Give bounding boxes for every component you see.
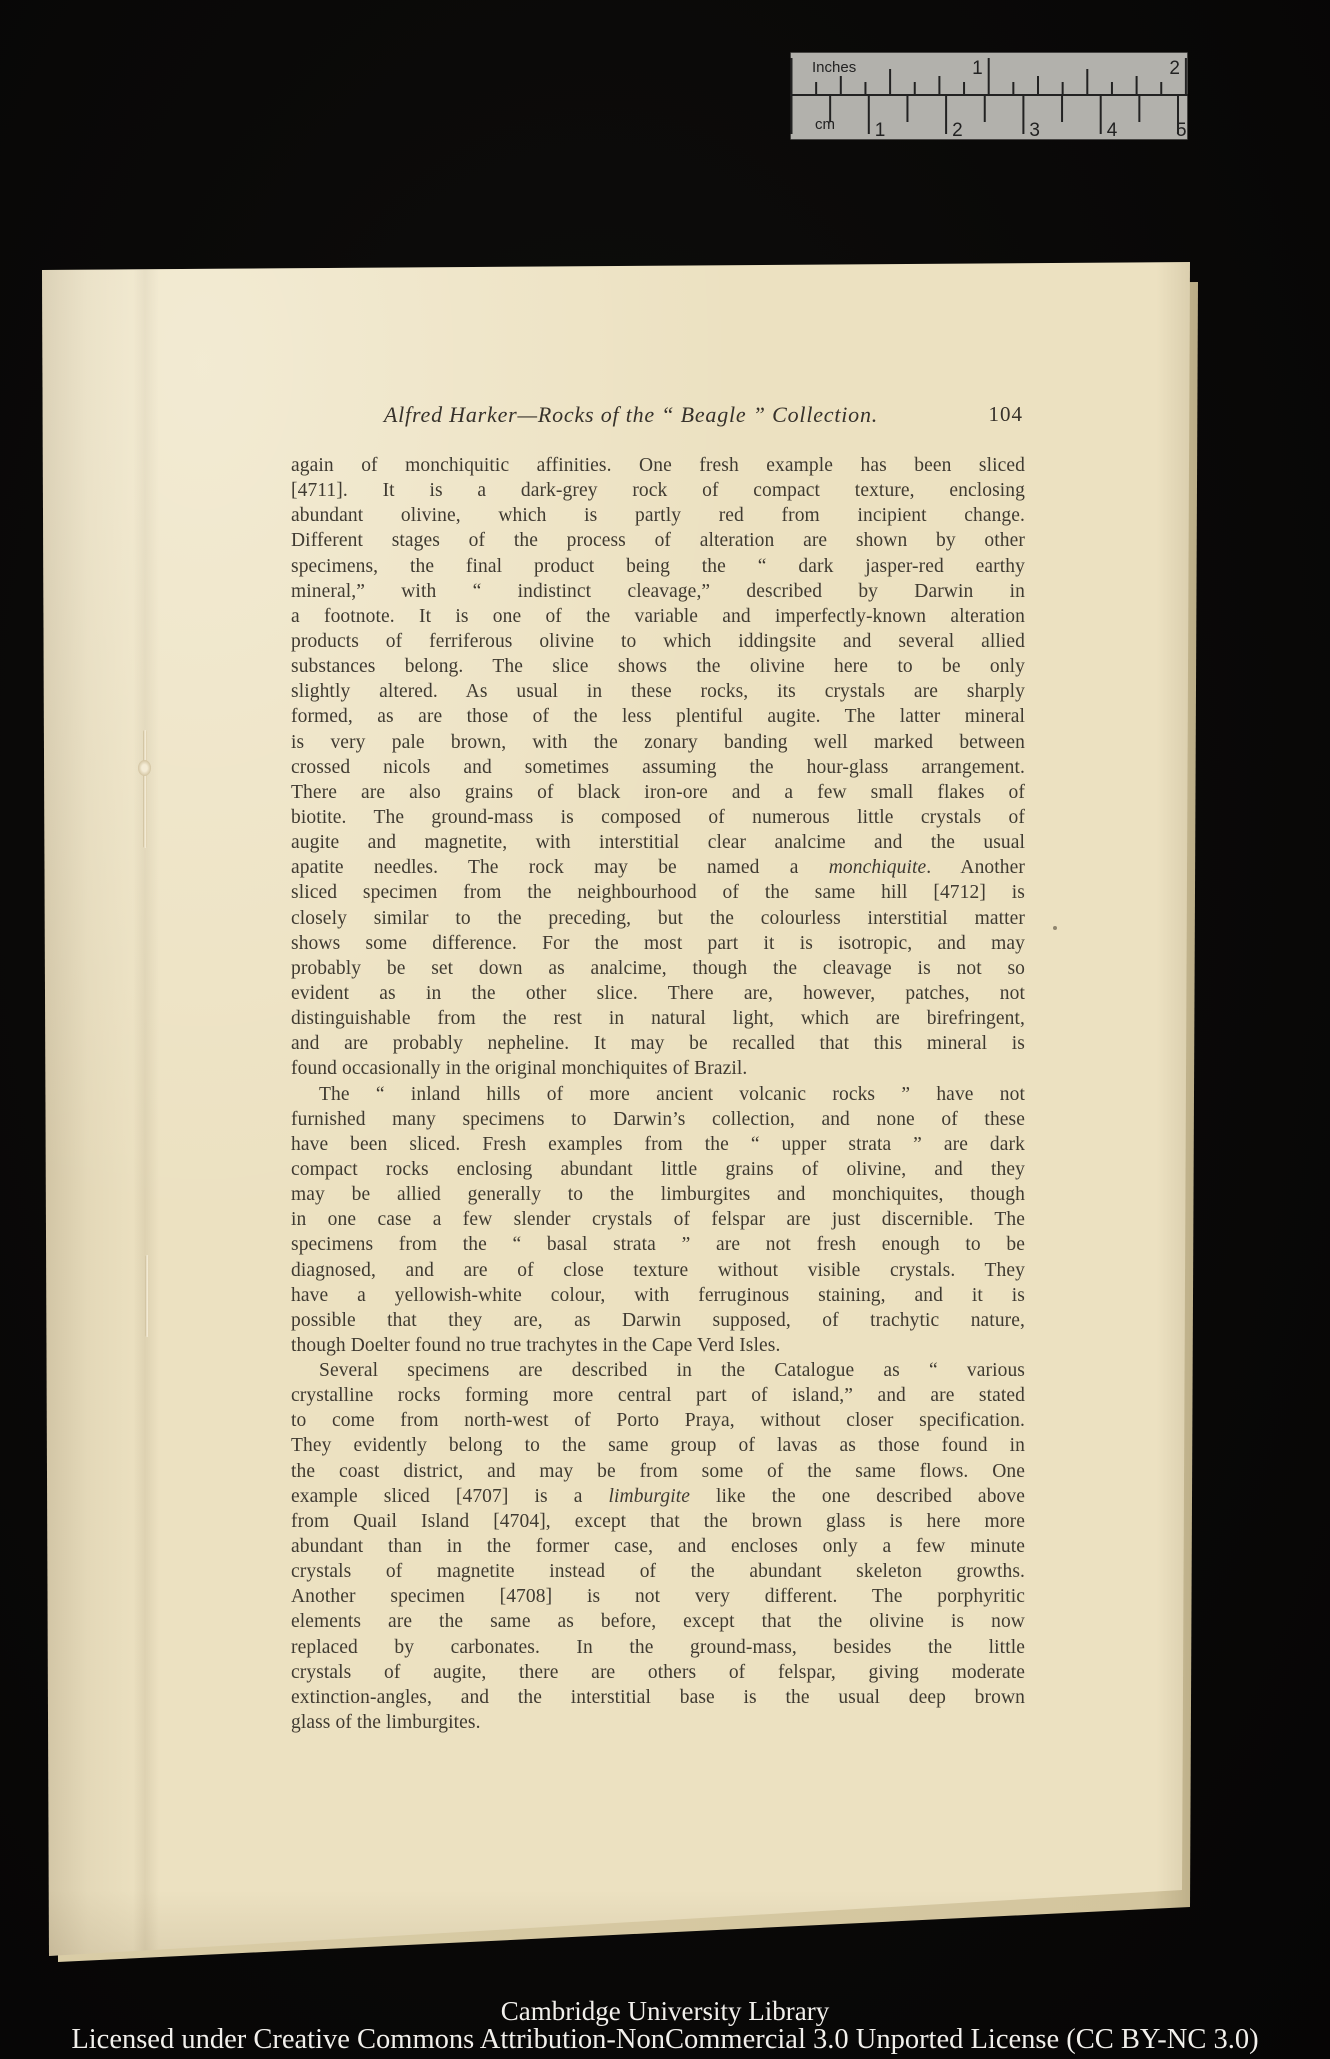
text-line: formed, as are those of the less plentif… xyxy=(291,704,1025,729)
text-line: the coast district, and may be from some… xyxy=(291,1459,1025,1484)
svg-text:3: 3 xyxy=(1029,120,1040,140)
binding-thread xyxy=(145,1255,149,1337)
text-line: is very pale brown, with the zonary band… xyxy=(291,730,1025,755)
text-line: shows some difference. For the most part… xyxy=(291,931,1025,956)
text-line: The “ inland hills of more ancient volca… xyxy=(291,1082,1025,1107)
svg-text:Inches: Inches xyxy=(812,59,856,76)
text-line: crystals of augite, there are others of … xyxy=(291,1660,1025,1685)
text-line: crossed nicols and sometimes assuming th… xyxy=(291,755,1025,780)
book-page: Alfred Harker—Rocks of the “ Beagle ” Co… xyxy=(42,262,1191,1958)
text-line: apatite needles. The rock may be named a… xyxy=(291,855,1025,880)
text-line: products of ferriferous olivine to which… xyxy=(291,629,1025,654)
text-line: extinction-angles, and the interstitial … xyxy=(291,1685,1025,1710)
body-text: again of monchiquitic affinities. One fr… xyxy=(291,453,1025,1735)
text-line: may be allied generally to the limburgit… xyxy=(291,1182,1025,1207)
text-line: There are also grains of black iron-ore … xyxy=(291,780,1025,805)
footer-license-text: Licensed under Creative Commons Attribut… xyxy=(0,2024,1330,2056)
text-line: evident as in the other slice. There are… xyxy=(291,981,1025,1006)
text-line: mineral,” with “ indistinct cleavage,” d… xyxy=(291,579,1025,604)
text-line: sliced specimen from the neighbourhood o… xyxy=(291,880,1025,905)
text-line: to come from north-west of Porto Praya, … xyxy=(291,1408,1025,1433)
page-header: Alfred Harker—Rocks of the “ Beagle ” Co… xyxy=(291,402,1025,434)
text-line: a footnote. It is one of the variable an… xyxy=(291,604,1025,629)
text-line: distinguishable from the rest in natural… xyxy=(291,1006,1025,1031)
scan-stage: Alfred Harker—Rocks of the “ Beagle ” Co… xyxy=(0,0,1330,2059)
text-line: [4711]. It is a dark-grey rock of compac… xyxy=(291,478,1025,503)
text-line: again of monchiquitic affinities. One fr… xyxy=(291,453,1025,478)
text-line: slightly altered. As usual in these rock… xyxy=(291,679,1025,704)
svg-text:cm: cm xyxy=(815,116,835,133)
footer-library-name: Cambridge University Library xyxy=(0,1996,1330,2027)
svg-text:5: 5 xyxy=(1176,120,1187,140)
text-line: compact rocks enclosing abundant little … xyxy=(291,1157,1025,1182)
text-line: diagnosed, and are of close texture with… xyxy=(291,1258,1025,1283)
text-line: crystalline rocks forming more central p… xyxy=(291,1383,1025,1408)
text-line: replaced by carbonates. In the ground-ma… xyxy=(291,1635,1025,1660)
text-line: elements are the same as before, except … xyxy=(291,1609,1025,1634)
text-line: probably be set down as analcime, though… xyxy=(291,956,1025,981)
text-line: found occasionally in the original monch… xyxy=(291,1056,1025,1081)
svg-text:2: 2 xyxy=(1169,58,1180,79)
text-line: Another specimen [4708] is not very diff… xyxy=(291,1584,1025,1609)
text-line: have a yellowish-white colour, with ferr… xyxy=(291,1283,1025,1308)
text-line: though Doelter found no true trachytes i… xyxy=(291,1333,1025,1358)
text-line: glass of the limburgites. xyxy=(291,1710,1025,1735)
text-line: crystals of magnetite instead of the abu… xyxy=(291,1559,1025,1584)
text-line: closely similar to the preceding, but th… xyxy=(291,906,1025,931)
text-line: abundant olivine, which is partly red fr… xyxy=(291,503,1025,528)
text-line: Several specimens are described in the C… xyxy=(291,1358,1025,1383)
page-number: 104 xyxy=(989,402,1024,427)
text-line: biotite. The ground-mass is composed of … xyxy=(291,805,1025,830)
text-line: example sliced [4707] is a limburgite li… xyxy=(291,1484,1025,1509)
measurement-ruler: 1212345Inchescm xyxy=(790,52,1188,140)
svg-text:1: 1 xyxy=(972,58,983,79)
text-line: abundant than in the former case, and en… xyxy=(291,1534,1025,1559)
binding-thread xyxy=(143,730,147,848)
svg-text:1: 1 xyxy=(875,120,886,140)
binding-thread-knot xyxy=(138,760,151,776)
text-line: in one case a few slender crystals of fe… xyxy=(291,1207,1025,1232)
text-line: They evidently belong to the same group … xyxy=(291,1433,1025,1458)
text-line: specimens from the “ basal strata ” are … xyxy=(291,1232,1025,1257)
text-line: substances belong. The slice shows the o… xyxy=(291,654,1025,679)
text-line: and are probably nepheline. It may be re… xyxy=(291,1031,1025,1056)
text-line: have been sliced. Fresh examples from th… xyxy=(291,1132,1025,1157)
svg-text:2: 2 xyxy=(952,120,963,140)
paper-speck xyxy=(1053,926,1057,930)
running-title: Alfred Harker—Rocks of the “ Beagle ” Co… xyxy=(291,402,971,428)
text-line: furnished many specimens to Darwin’s col… xyxy=(291,1107,1025,1132)
text-line: specimens, the final product being the “… xyxy=(291,554,1025,579)
text-line: from Quail Island [4704], except that th… xyxy=(291,1509,1025,1534)
svg-text:4: 4 xyxy=(1107,120,1118,140)
text-line: Different stages of the process of alter… xyxy=(291,528,1025,553)
text-line: augite and magnetite, with interstitial … xyxy=(291,830,1025,855)
text-line: possible that they are, as Darwin suppos… xyxy=(291,1308,1025,1333)
